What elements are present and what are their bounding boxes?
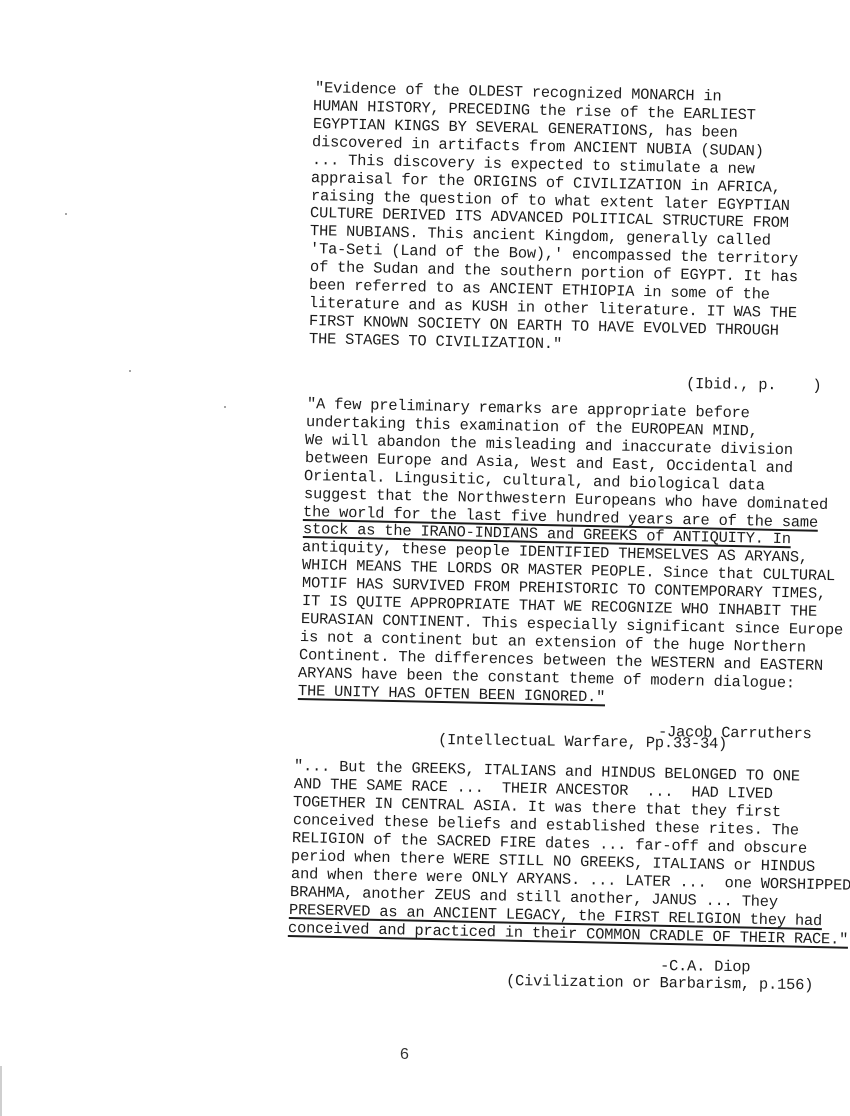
page-number: 6	[400, 1046, 409, 1064]
scan-speck	[65, 213, 67, 215]
quote-3-attribution: -C.A. Diop	[660, 958, 751, 975]
scan-speck	[224, 406, 226, 408]
quote-2-citation: (IntellectuaL Warfare, Pp.33-34)	[438, 732, 727, 752]
scan-edge-line	[0, 1066, 2, 1116]
quote-1-citation: (Ibid., p. )	[686, 376, 822, 394]
scan-speck	[129, 370, 131, 372]
quote-1-line: THE STAGES TO CIVILIZATION."	[309, 331, 562, 352]
quote-3-citation: (Civilization or Barbarism, p.156)	[506, 973, 813, 993]
